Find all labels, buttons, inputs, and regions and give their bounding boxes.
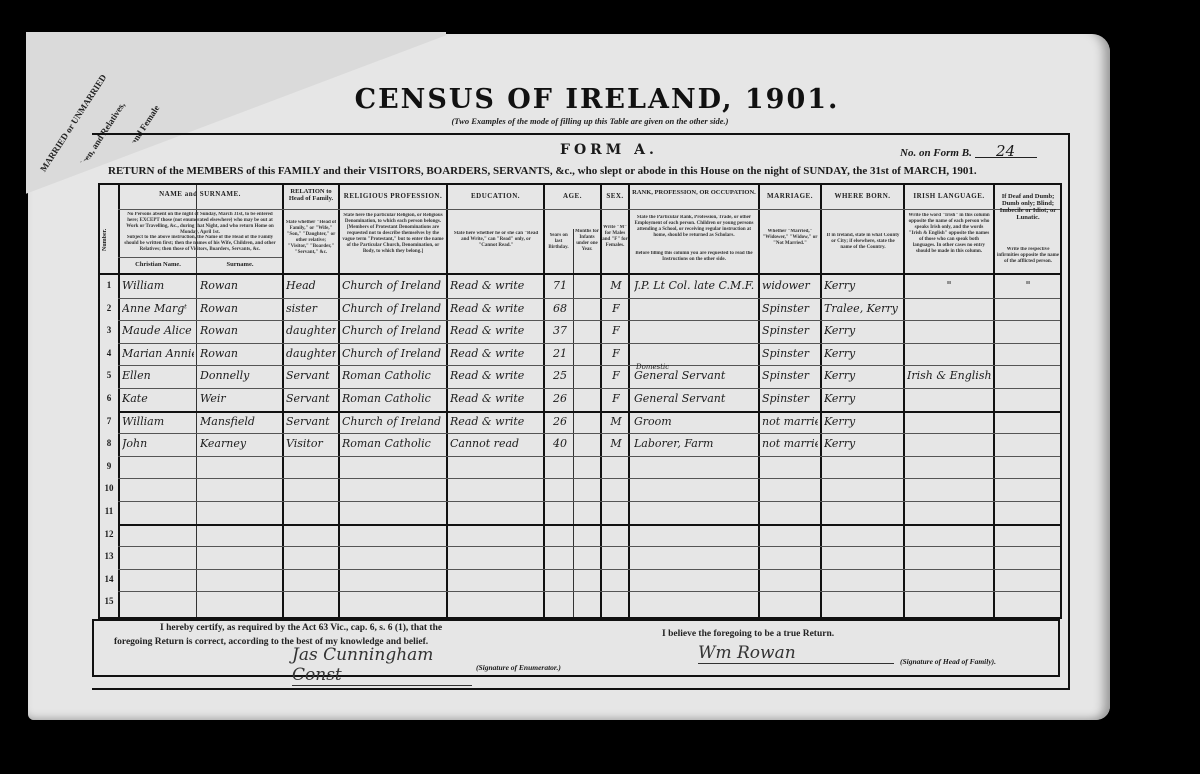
cell-age-years: 40	[548, 437, 572, 450]
cell-sex: F	[606, 392, 626, 405]
cell-surname: Rowan	[200, 302, 280, 315]
col-number-header: Number.	[102, 215, 116, 265]
cell-age-years: 21	[548, 347, 572, 360]
return-heading: RETURN of the MEMBERS of this FAMILY and…	[108, 165, 1068, 177]
document-subtitle: (Two Examples of the mode of filling up …	[300, 116, 880, 126]
cell-sex: M	[606, 279, 626, 292]
cell-surname: Weir	[200, 392, 280, 405]
cell-age-years: 25	[548, 369, 572, 382]
cell-christian-name: Ellen	[122, 369, 194, 382]
cell-relation: Servant	[286, 369, 336, 382]
cell-christian-name: John	[122, 437, 194, 450]
cell-infirmity: "	[997, 279, 1059, 292]
cell-where-born: Kerry	[824, 415, 902, 428]
cell-surname: Rowan	[200, 324, 280, 337]
cell-relation: Servant	[286, 392, 336, 405]
col-christian-name-header: Christian Name.	[120, 261, 196, 268]
cell-age-years: 26	[548, 392, 572, 405]
row-number: 6	[100, 393, 118, 403]
row-number: 12	[100, 529, 118, 539]
row-number: 2	[100, 303, 118, 313]
col-age-header: AGE.	[545, 193, 600, 200]
cell-christian-name: Kate	[122, 392, 194, 405]
cell-sex: F	[606, 324, 626, 337]
cell-where-born: Kerry	[824, 369, 902, 382]
cell-christian-name: William	[122, 415, 194, 428]
row-number: 5	[100, 370, 118, 380]
cell-where-born: Kerry	[824, 347, 902, 360]
cell-religion: Church of Ireland	[342, 415, 444, 428]
cell-education: Read & write	[450, 302, 542, 315]
row-number: 11	[100, 506, 118, 516]
form-label: FORM A.	[560, 142, 658, 158]
cell-christian-name: Anne Margᵗ	[122, 302, 194, 315]
document-title: CENSUS OF IRELAND, 1901.	[287, 84, 907, 115]
cell-marriage: Spinster	[762, 347, 818, 360]
row-number: 14	[100, 574, 118, 584]
cell-religion: Roman Catholic	[342, 437, 444, 450]
cell-surname: Rowan	[200, 279, 280, 292]
cell-education: Read & write	[450, 392, 542, 405]
row-number: 9	[100, 461, 118, 471]
enumerator-signature-label: (Signature of Enumerator.)	[476, 663, 561, 672]
cell-christian-name: Marian Annie	[122, 347, 194, 360]
cell-surname: Mansfield	[200, 415, 280, 428]
cell-relation: daughter	[286, 347, 336, 360]
enumerator-certification-line-1: I hereby certify, as required by the Act…	[160, 623, 442, 633]
form-b-number: No. on Form B. 24	[900, 145, 1037, 159]
col-infirmity-header: If Deaf and Dumb; Dumb only; Blind; Imbe…	[995, 193, 1061, 221]
cell-sex: F	[606, 347, 626, 360]
cell-where-born: Tralee, Kerry	[824, 302, 902, 315]
row-number: 1	[100, 280, 118, 290]
cell-surname: Rowan	[200, 347, 280, 360]
cell-relation: Head	[286, 279, 336, 292]
cell-surname: Donnelly	[200, 369, 280, 382]
cell-relation: sister	[286, 302, 336, 315]
row-number: 10	[100, 483, 118, 493]
col-occupation-header: RANK, PROFESSION, OR OCCUPATION.	[630, 189, 758, 196]
col-where-born-header: WHERE BORN.	[822, 193, 903, 200]
col-education-header: EDUCATION.	[448, 193, 543, 200]
certification-box: I hereby certify, as required by the Act…	[92, 619, 1060, 677]
cell-marriage: Spinster	[762, 302, 818, 315]
row-number: 15	[100, 596, 118, 606]
cell-age-years: 71	[548, 279, 572, 292]
col-irish-language-header: IRISH LANGUAGE.	[905, 193, 993, 200]
row-number: 4	[100, 348, 118, 358]
cell-age-years: 68	[548, 302, 572, 315]
cell-occupation: Laborer, Farm	[634, 437, 756, 450]
cell-relation: Visitor	[286, 437, 336, 450]
cell-sex: F	[606, 369, 626, 382]
head-signature-label: (Signature of Head of Family).	[900, 657, 996, 666]
cell-irish-language: "	[907, 279, 991, 292]
cell-education: Read & write	[450, 279, 542, 292]
cell-education: Read & write	[450, 324, 542, 337]
col-name-header: NAME and SURNAME.	[120, 191, 280, 198]
cell-irish-language: Irish & English	[907, 369, 991, 382]
col-surname-header: Surname.	[198, 261, 282, 268]
cell-christian-name: Maude Alice	[122, 324, 194, 337]
census-table: Number. NAME and SURNAME. No Persons abs…	[98, 183, 1062, 619]
col-marriage-header: MARRIAGE.	[760, 193, 820, 200]
cell-where-born: Kerry	[824, 437, 902, 450]
head-declaration: I believe the foregoing to be a true Ret…	[662, 629, 834, 639]
col-religion-header: RELIGIOUS PROFESSION.	[340, 193, 446, 200]
cell-religion: Roman Catholic	[342, 369, 444, 382]
cell-religion: Church of Ireland	[342, 279, 444, 292]
cell-where-born: Kerry	[824, 324, 902, 337]
cell-sex: M	[606, 415, 626, 428]
cell-marriage: widower	[762, 279, 818, 292]
cell-education: Read & write	[450, 415, 542, 428]
cell-marriage: not married	[762, 415, 818, 428]
cell-sex: M	[606, 437, 626, 450]
cell-religion: Church of Ireland	[342, 347, 444, 360]
cell-occupation: J.P. Lt Col. late C.M.F.	[634, 279, 756, 292]
cell-occupation: Groom	[634, 415, 756, 428]
cell-marriage: Spinster	[762, 369, 818, 382]
cell-religion: Church of Ireland	[342, 302, 444, 315]
cell-occupation-note: Domestic	[636, 363, 669, 371]
row-number: 13	[100, 551, 118, 561]
cell-christian-name: William	[122, 279, 194, 292]
col-relation-header: RELATION to Head of Family.	[284, 188, 338, 202]
cell-sex: F	[606, 302, 626, 315]
cell-surname: Kearney	[200, 437, 280, 450]
cell-age-years: 37	[548, 324, 572, 337]
head-signature: Wm Rowan	[698, 643, 894, 664]
cell-relation: daughter	[286, 324, 336, 337]
cell-age-years: 26	[548, 415, 572, 428]
row-number: 7	[100, 416, 118, 426]
cell-education: Read & write	[450, 347, 542, 360]
cell-education: Read & write	[450, 369, 542, 382]
col-sex-header: SEX.	[602, 193, 628, 200]
enumerator-signature: Jas Cunningham Const	[292, 645, 472, 686]
cell-marriage: not married	[762, 437, 818, 450]
cell-where-born: Kerry	[824, 392, 902, 405]
cell-relation: Servant	[286, 415, 336, 428]
row-number: 8	[100, 438, 118, 448]
cell-religion: Roman Catholic	[342, 392, 444, 405]
cell-religion: Church of Ireland	[342, 324, 444, 337]
cell-marriage: Spinster	[762, 392, 818, 405]
form-b-value: 24	[975, 145, 1037, 158]
cell-occupation: General Servant	[634, 392, 756, 405]
row-number: 3	[100, 325, 118, 335]
cell-where-born: Kerry	[824, 279, 902, 292]
cell-marriage: Spinster	[762, 324, 818, 337]
cell-education: Cannot read	[450, 437, 542, 450]
